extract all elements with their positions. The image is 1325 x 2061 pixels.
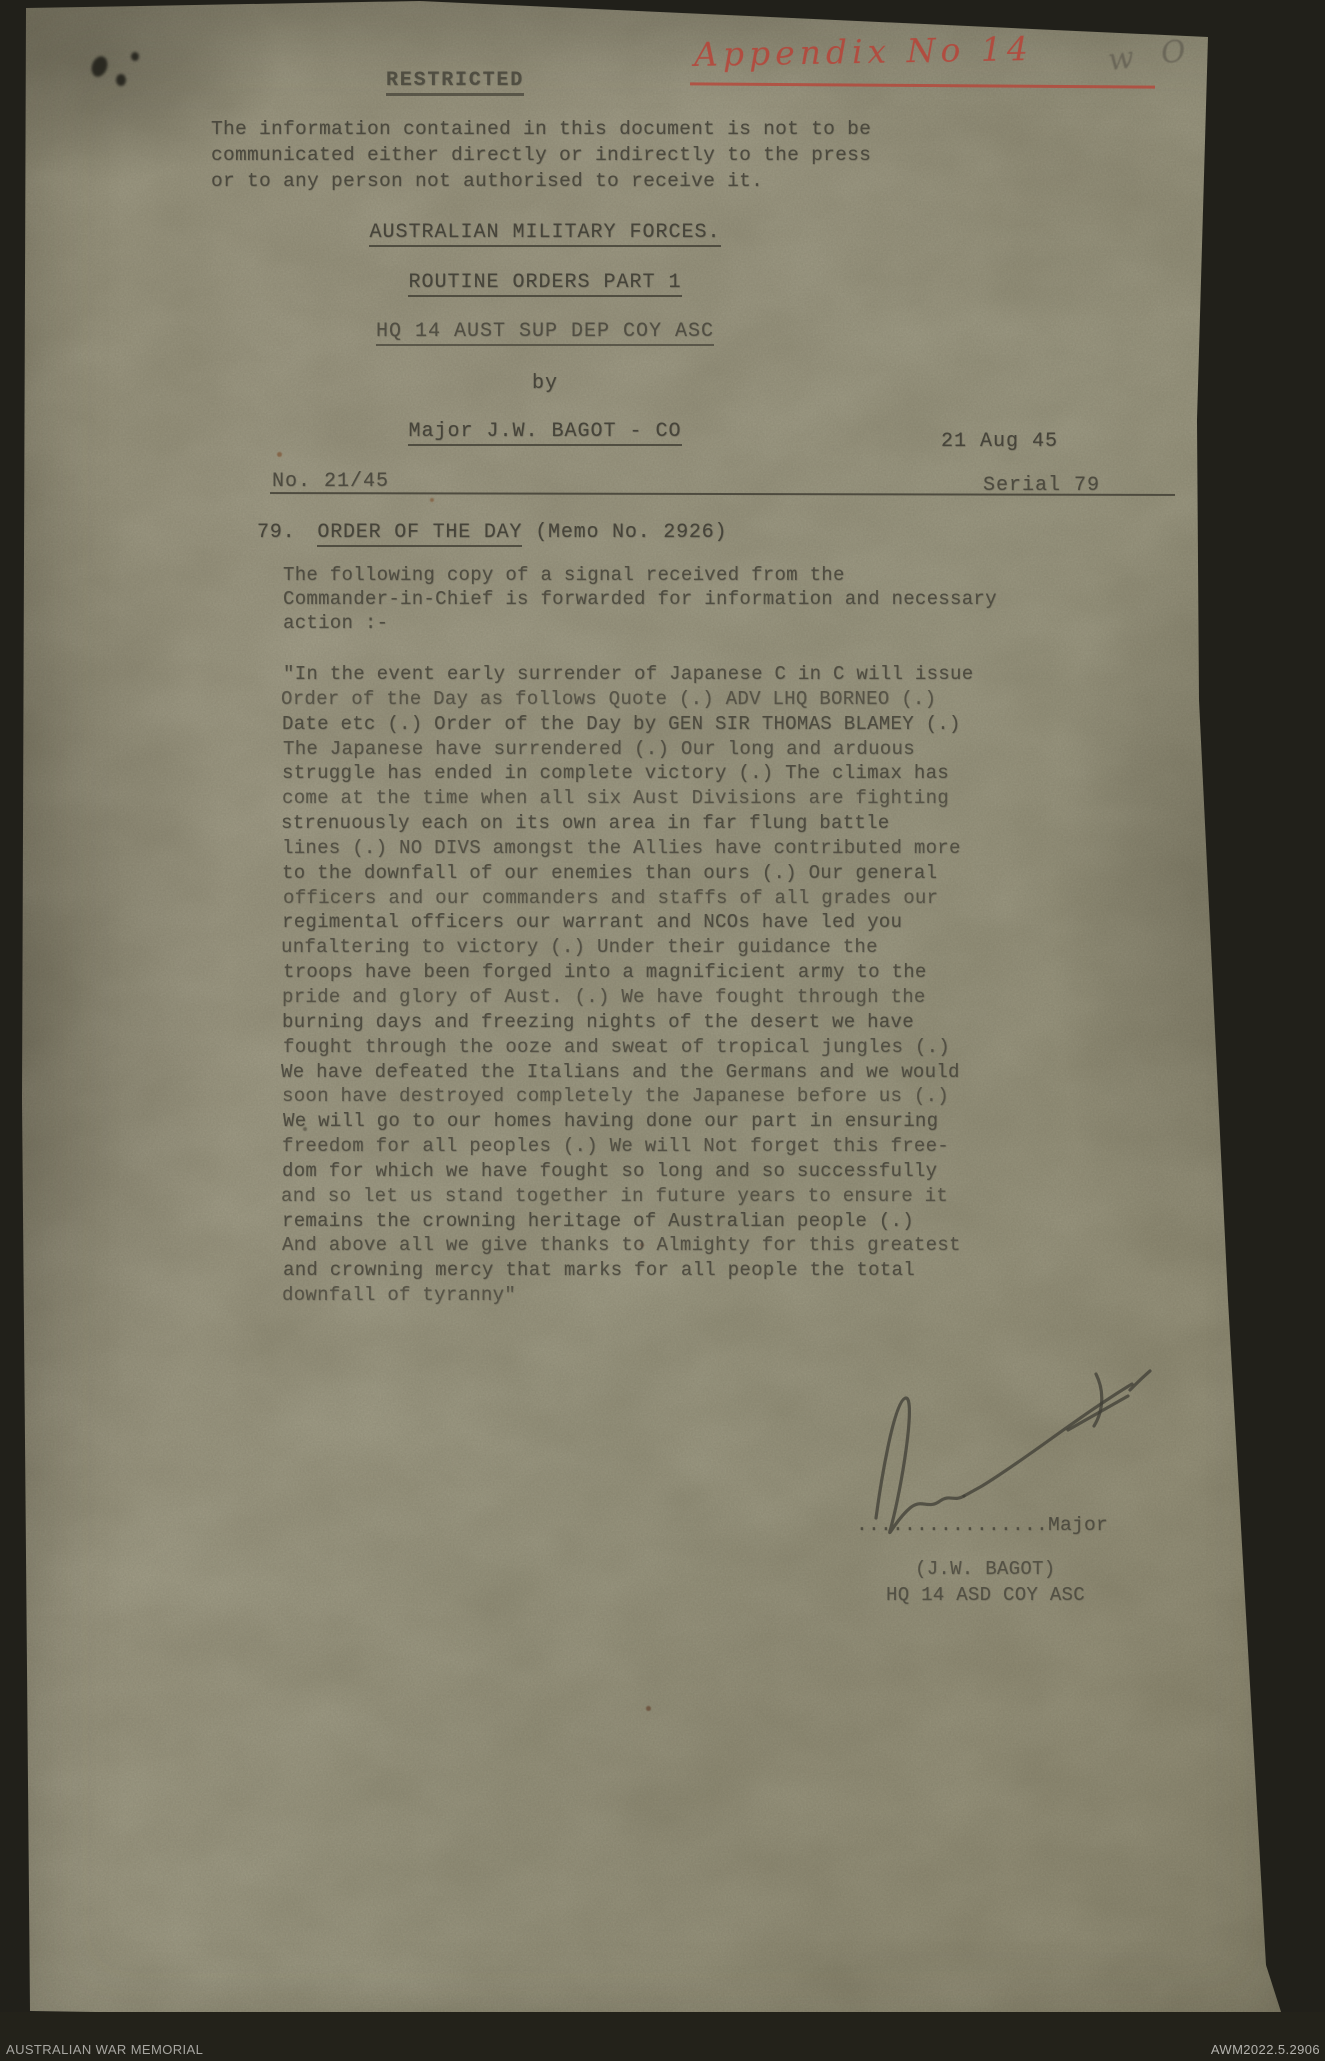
order-memo-ref: (Memo No. 2926) [535,521,727,544]
appendix-underline [690,82,1155,88]
signal-line: unfaltering to victory (.) Under their g… [281,935,971,960]
signal-line: lines (.) NO DIVS amongst the Allies hav… [282,836,972,861]
heading-by: by [225,372,865,395]
order-item-number: 79. [257,521,295,544]
notice-line: The information contained in this docume… [211,116,871,142]
signal-line: come at the time when all six Aust Divis… [282,786,972,811]
paper-damage-hole [116,74,126,86]
signal-text: "In the event early surrender of Japanes… [282,662,972,1308]
heading-officer: Major J.W. BAGOT - CO [225,420,865,443]
pencil-note: w O [1106,33,1196,78]
signal-line: "In the event early surrender of Japanes… [283,662,973,687]
archive-name: AUSTRALIAN WAR MEMORIAL [6,2042,203,2057]
paper-speck [646,1706,651,1711]
signal-line: officers and our commanders and staffs o… [283,886,973,911]
signal-line: pride and glory of Aust. (.) We have fou… [282,985,972,1010]
paper-damage-hole [89,54,110,79]
signal-line: dom for which we have fought so long and… [282,1159,972,1184]
heading-force: AUSTRALIAN MILITARY FORCES. [225,221,865,244]
signal-line: freedom for all peoples (.) We will Not … [282,1134,972,1159]
signal-line: We have defeated the Italians and the Ge… [281,1060,971,1085]
heading-unit: HQ 14 AUST SUP DEP COY ASC [225,320,865,343]
classification-heading: RESTRICTED [386,69,524,92]
order-date: 21 Aug 45 [941,430,1058,453]
order-intro: The following copy of a signal received … [283,563,997,636]
heading-orders: ROUTINE ORDERS PART 1 [225,271,865,294]
signal-line: We will go to our homes having done our … [283,1109,973,1134]
intro-line: The following copy of a signal received … [283,563,997,587]
handwritten-appendix-note: Appendix No 14 [694,29,1034,74]
paper-damage-hole [131,52,139,61]
scanned-document-page: { "document": { "classification": "RESTR… [0,0,1325,2061]
signatory-name: (J.W. BAGOT) [915,1558,1055,1580]
archive-reference: AWM2022.5.2906 [1211,2042,1320,2057]
order-heading: 79.ORDER OF THE DAY(Memo No. 2926) [257,521,727,544]
signal-line: fought through the ooze and sweat of tro… [283,1035,973,1060]
signature-dotted-line: ................Major [856,1514,1108,1536]
order-title: ORDER OF THE DAY [317,521,522,547]
classification-text: RESTRICTED [386,69,524,96]
security-notice: The information contained in this docume… [211,116,871,194]
paper-speck [277,452,282,457]
signal-line: regimental officers our warrant and NCOs… [282,910,972,935]
signal-line: Date etc (.) Order of the Day by GEN SIR… [282,712,972,737]
signal-line: to the downfall of our enemies than ours… [282,861,972,886]
signal-line: The Japanese have surrendered (.) Our lo… [283,737,973,762]
notice-line: or to any person not authorised to recei… [211,168,871,194]
signal-line: strenuously each on its own area in far … [281,811,971,836]
signal-line: and crowning mercy that marks for all pe… [283,1258,973,1283]
intro-line: Commander-in-Chief is forwarded for info… [283,587,997,611]
signal-line: And above all we give thanks to Almighty… [282,1233,972,1258]
intro-line: action :- [283,611,997,635]
signal-line: soon have destroyed completely the Japan… [282,1084,972,1109]
signal-line: and so let us stand together in future y… [281,1184,971,1209]
signal-line: Order of the Day as follows Quote (.) AD… [281,687,971,712]
signatory-unit: HQ 14 ASD COY ASC [886,1584,1085,1606]
order-number: No. 21/45 [272,470,389,493]
signal-line: downfall of tyranny" [282,1283,972,1308]
paper-sheet: RESTRICTED Appendix No 14 w O The inform… [0,0,1325,2061]
signal-line: struggle has ended in complete victory (… [282,761,972,786]
paper-speck [430,498,434,502]
signal-line: burning days and freezing nights of the … [282,1010,972,1035]
signal-line: remains the crowning heritage of Austral… [282,1209,972,1234]
notice-line: communicated either directly or indirect… [211,142,871,168]
signal-line: troops have been forged into a magnifici… [283,960,973,985]
